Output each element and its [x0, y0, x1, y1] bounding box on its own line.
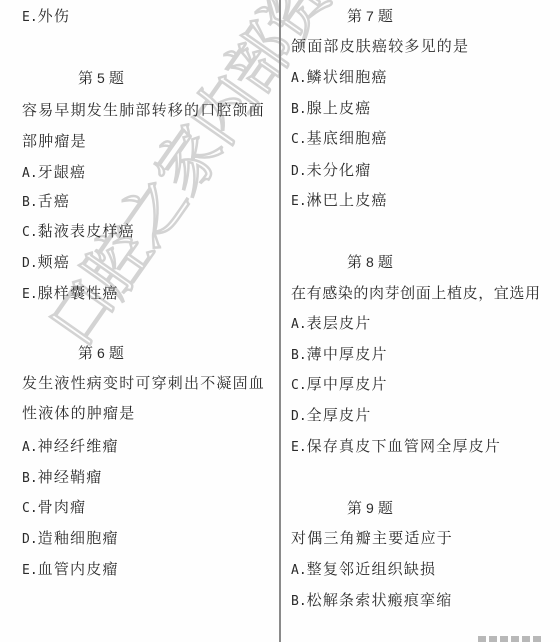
heading-suffix: 题 — [109, 69, 125, 87]
heading-prefix: 第 — [78, 344, 94, 362]
question-5-stem-line2: 部肿瘤是 — [22, 131, 87, 151]
option-letter: D. — [22, 532, 38, 547]
option-text: 血管内皮瘤 — [38, 560, 119, 578]
column-divider — [279, 0, 281, 642]
question-6-option-a: A.神经纤维瘤 — [22, 436, 119, 458]
option-text: 基底细胞癌 — [307, 129, 388, 147]
heading-prefix: 第 — [78, 69, 94, 87]
question-number: 7 — [363, 8, 378, 24]
question-7-option-c: C.基底细胞癌 — [291, 128, 388, 150]
question-7-heading: 第7题 — [347, 6, 394, 26]
option-text: 造釉细胞瘤 — [38, 529, 119, 547]
question-6-option-b: B.神经鞘瘤 — [22, 467, 102, 489]
question-7-option-e: E.淋巴上皮癌 — [291, 190, 388, 212]
option-letter: C. — [22, 501, 38, 516]
option-text: 全厚皮片 — [307, 406, 372, 424]
option-letter: B. — [291, 348, 307, 363]
question-5-option-e: E.腺样囊性癌 — [22, 283, 119, 305]
question-7-stem: 颌面部皮肤癌较多见的是 — [291, 36, 469, 56]
question-8-option-b: B.薄中厚皮片 — [291, 344, 388, 366]
heading-suffix: 题 — [109, 344, 125, 362]
option-letter: A. — [22, 166, 38, 181]
option-letter: E. — [291, 440, 307, 455]
option-letter: B. — [22, 471, 38, 486]
option-letter: E. — [22, 563, 38, 578]
question-5-option-a: A.牙龈癌 — [22, 162, 86, 184]
option-letter: E. — [22, 10, 38, 25]
question-5-heading: 第5题 — [78, 68, 125, 88]
question-8-option-a: A.表层皮片 — [291, 313, 371, 335]
heading-prefix: 第 — [347, 7, 363, 25]
option-letter: D. — [291, 164, 307, 179]
question-6-heading: 第6题 — [78, 343, 125, 363]
option-letter: E. — [291, 194, 307, 209]
option-text: 保存真皮下血管网全厚皮片 — [307, 437, 501, 455]
question-5-stem-line1: 容易早期发生肺部转移的口腔颌面 — [22, 100, 265, 120]
question-5-option-b: B.舌癌 — [22, 191, 70, 213]
heading-suffix: 题 — [378, 253, 394, 271]
option-letter: C. — [291, 378, 307, 393]
question-number: 6 — [94, 345, 109, 361]
heading-suffix: 题 — [378, 499, 394, 517]
question-6-option-c: C.骨肉瘤 — [22, 497, 86, 519]
option-letter: B. — [291, 594, 307, 609]
question-9-stem: 对偶三角瓣主要适应于 — [291, 528, 453, 548]
exam-page: 口腔之家内部资料 E.外伤 第5题 容易早期发生肺部转移的口腔颌面 部肿瘤是 A… — [0, 0, 560, 642]
question-9-option-b: B.松解条索状瘢痕挛缩 — [291, 590, 452, 612]
option-text: 厚中厚皮片 — [307, 375, 388, 393]
option-text: 神经鞘瘤 — [38, 468, 103, 486]
option-text: 舌癌 — [38, 192, 70, 210]
heading-suffix: 题 — [378, 7, 394, 25]
question-6-option-d: D.造釉细胞瘤 — [22, 528, 119, 550]
option-text: 腺上皮癌 — [307, 99, 372, 117]
option-letter: D. — [291, 409, 307, 424]
option-text: 未分化瘤 — [307, 161, 372, 179]
question-number: 8 — [363, 254, 378, 270]
option-letter: A. — [291, 317, 307, 332]
option-text: 松解条索状瘢痕挛缩 — [307, 591, 453, 609]
option-letter: B. — [22, 195, 38, 210]
question-6-stem-line1: 发生液性病变时可穿刺出不凝固血 — [22, 373, 265, 393]
option-text: 外伤 — [38, 7, 70, 25]
question-8-option-c: C.厚中厚皮片 — [291, 374, 388, 396]
option-letter: C. — [291, 132, 307, 147]
option-letter: A. — [291, 71, 307, 86]
option-text: 腺样囊性癌 — [38, 284, 119, 302]
option-text: 颊癌 — [38, 253, 70, 271]
question-8-heading: 第8题 — [347, 252, 394, 272]
option-letter: D. — [22, 256, 38, 271]
question-6-option-e: E.血管内皮瘤 — [22, 559, 119, 581]
question-9-option-a: A.整复邻近组织缺损 — [291, 559, 436, 581]
question-8-option-d: D.全厚皮片 — [291, 405, 371, 427]
option-letter: E. — [22, 287, 38, 302]
option-text: 表层皮片 — [307, 314, 372, 332]
option-text: 薄中厚皮片 — [307, 345, 388, 363]
heading-prefix: 第 — [347, 253, 363, 271]
option-letter: B. — [291, 102, 307, 117]
question-9-heading: 第9题 — [347, 498, 394, 518]
option-text: 鳞状细胞癌 — [307, 68, 388, 86]
option-text: 淋巴上皮癌 — [307, 191, 388, 209]
cropped-footer-text — [478, 636, 542, 642]
question-5-option-d: D.颊癌 — [22, 252, 70, 274]
option-letter: C. — [22, 225, 38, 240]
question-7-option-a: A.鳞状细胞癌 — [291, 67, 388, 89]
question-number: 9 — [363, 500, 378, 516]
question-7-option-d: D.未分化瘤 — [291, 160, 371, 182]
option-text: 黏液表皮样癌 — [38, 222, 135, 240]
question-8-option-e: E.保存真皮下血管网全厚皮片 — [291, 436, 501, 458]
question-6-stem-line2: 性液体的肿瘤是 — [22, 403, 135, 423]
option-text: 牙龈癌 — [38, 163, 87, 181]
question-5-option-c: C.黏液表皮样癌 — [22, 221, 135, 243]
option-e-carryover: E.外伤 — [22, 6, 70, 28]
option-letter: A. — [22, 440, 38, 455]
option-text: 骨肉瘤 — [38, 498, 87, 516]
option-text: 神经纤维瘤 — [38, 437, 119, 455]
question-7-option-b: B.腺上皮癌 — [291, 98, 371, 120]
option-letter: A. — [291, 563, 307, 578]
question-8-stem: 在有感染的肉芽创面上植皮，宜选用 — [291, 283, 541, 303]
option-text: 整复邻近组织缺损 — [307, 560, 437, 578]
question-number: 5 — [94, 70, 109, 86]
heading-prefix: 第 — [347, 499, 363, 517]
